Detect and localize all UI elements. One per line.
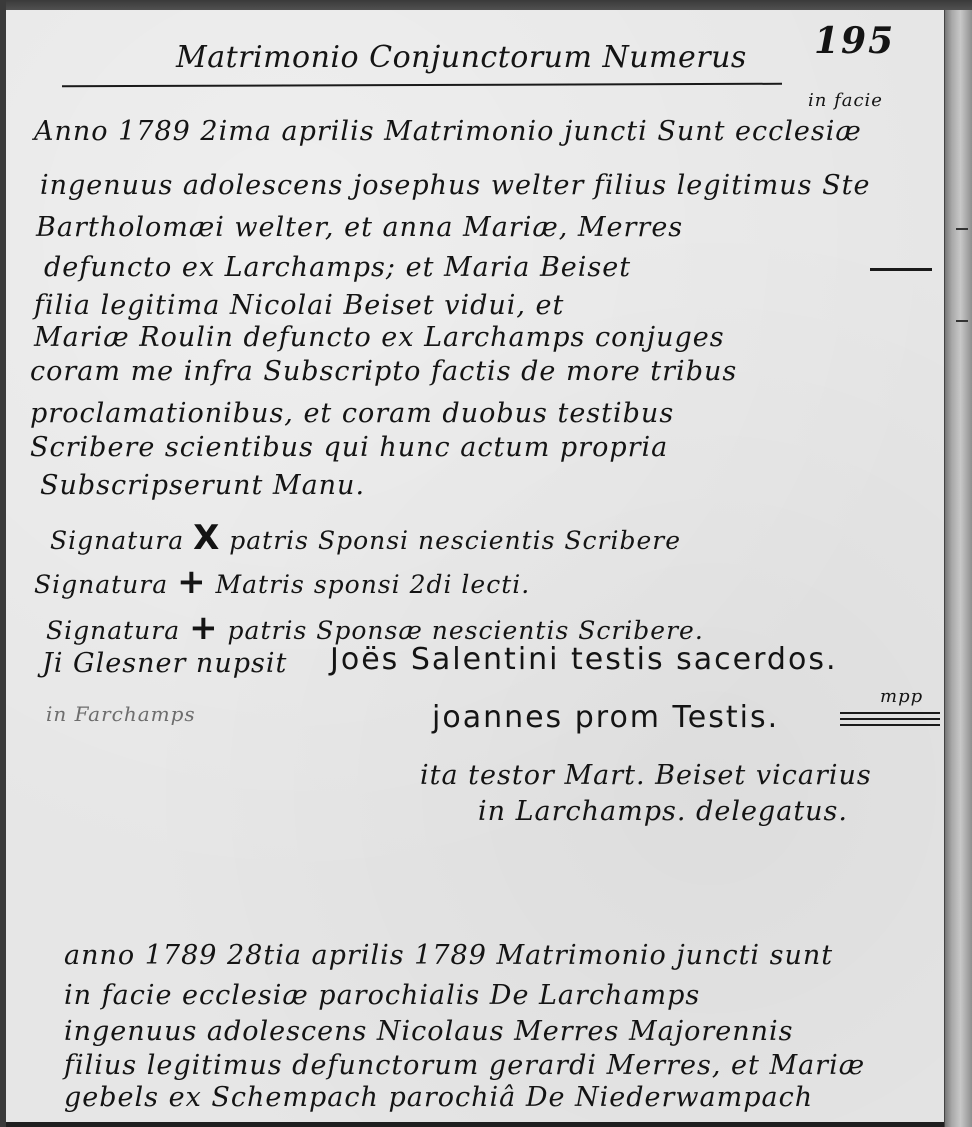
page-number: 195 <box>814 20 895 62</box>
signature-mark-x: X <box>193 518 220 558</box>
entry-1-line-2: ingenuus adolescens josephus welter fili… <box>40 170 870 201</box>
witness-2-signature: joannes prom Testis. <box>432 700 779 735</box>
heading-annotation: in facie <box>808 90 883 111</box>
entry-1-line-4: defuncto ex Larchamps; et Maria Beiset <box>44 252 631 283</box>
officiant-line-1: ita testor Mart. Beiset vicarius <box>420 760 872 791</box>
signature-text: patris Sponsæ nescientis Scribere. <box>228 616 704 645</box>
binding-mark <box>956 228 968 230</box>
signature-label: Signatura <box>34 570 168 599</box>
entry-2-line-2: in facie ecclesiæ parochialis De Larcham… <box>64 980 700 1011</box>
officiant-line-2: in Larchamps. delegatus. <box>478 796 848 827</box>
margin-note: in Farchamps <box>46 702 196 726</box>
entry-1-line-7: coram me infra Subscripto factis de more… <box>30 356 737 387</box>
entry-1-line-9: Scribere scientibus qui hunc actum propr… <box>30 432 668 463</box>
signature-mark-cross: + <box>189 608 219 648</box>
entry-2-line-4: filius legitimus defunctorum gerardi Mer… <box>64 1050 865 1081</box>
signature-label: Signatura <box>50 526 184 555</box>
signature-mark-cross: + <box>177 562 207 602</box>
flourish-lines <box>840 712 940 732</box>
entry-2-line-3: ingenuus adolescens Nicolaus Merres Majo… <box>64 1016 794 1047</box>
entry-2-line-1: anno 1789 28tia aprilis 1789 Matrimonio … <box>64 940 833 971</box>
witness-1-signature: Joës Salentini testis sacerdos. <box>330 642 838 677</box>
binding-mark <box>956 320 968 322</box>
entry-2-line-5: gebels ex Schempach parochiâ De Niederwa… <box>64 1082 813 1113</box>
entry-1-line-1: Anno 1789 2ima aprilis Matrimonio juncti… <box>34 116 862 147</box>
entry-1-line-5: filia legitima Nicolai Beiset vidui, et <box>34 290 564 321</box>
signature-text: patris Sponsi nescientis Scribere <box>229 526 681 555</box>
line-filler-dash <box>870 268 932 271</box>
signature-text: Matris sponsi 2di lecti. <box>216 570 531 599</box>
signature-label: Signatura <box>46 616 180 645</box>
entry-1-line-10: Subscripserunt Manu. <box>40 470 365 501</box>
book-binding <box>944 10 972 1127</box>
signature-row-1: Signatura X patris Sponsi nescientis Scr… <box>50 518 681 558</box>
signature-row-2: Signatura + Matris sponsi 2di lecti. <box>34 562 530 602</box>
entry-1-line-3: Bartholomæi welter, et anna Mariæ, Merre… <box>36 212 683 243</box>
entry-1-line-8: proclamationibus, et coram duobus testib… <box>30 398 674 429</box>
left-witness-note: Ji Glesner nupsit <box>42 648 287 679</box>
witness-1-suffix: mpp <box>880 686 923 707</box>
page-heading: Matrimonio Conjunctorum Numerus <box>176 40 747 75</box>
entry-1-line-6: Mariæ Roulin defuncto ex Larchamps conju… <box>34 322 725 353</box>
